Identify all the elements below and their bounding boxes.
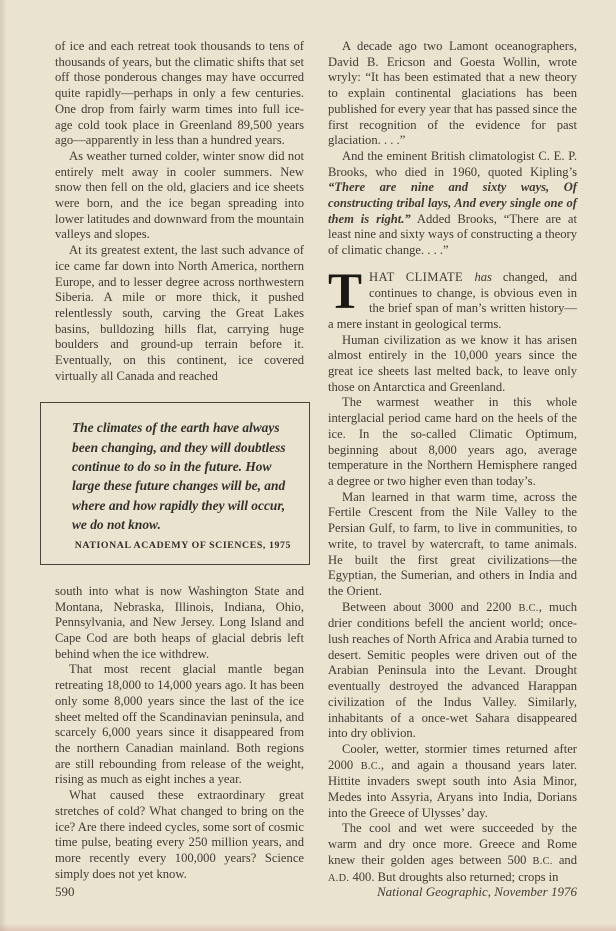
text-segment: has [474, 270, 492, 284]
text-segment: At its greatest extent, the last such ad… [55, 243, 304, 383]
text-segment: 400. But droughts also returned; crops i… [349, 870, 558, 884]
paragraph: Man learned in that warm time, across th… [328, 490, 577, 600]
text-segment: And the eminent British climatologist C.… [328, 149, 577, 179]
page-bottom-scan-edge [0, 924, 616, 931]
magazine-page: of ice and each retreat took thousands t… [0, 0, 616, 931]
paragraph: Cooler, wetter, stormier times returned … [328, 742, 577, 822]
pull-quote-attribution: NATIONAL ACADEMY OF SCIENCES, 1975 [72, 538, 291, 554]
paragraph: The warmest weather in this whole interg… [328, 395, 577, 489]
journal-title: National Geographic, November 1976 [377, 884, 577, 900]
text-segment: Human civilization as we know it has ari… [328, 333, 577, 394]
paragraph: Between about 3000 and 2200 B.C., much d… [328, 600, 577, 742]
pull-quote-box: The climates of the earth have always be… [40, 402, 310, 564]
paragraph: Human civilization as we know it has ari… [328, 333, 577, 396]
page-number: 590 [55, 884, 75, 900]
text-segment: What caused these extraordinary great st… [55, 788, 304, 881]
pull-quote-text: The climates of the earth have always be… [72, 418, 291, 534]
paragraph: The cool and wet were succeeded by the w… [328, 821, 577, 886]
paragraph: And the eminent British climatologist C.… [328, 149, 577, 259]
drop-cap: T [328, 271, 362, 316]
paragraph: of ice and each retreat took thousands t… [55, 39, 304, 149]
page-footer: 590 National Geographic, November 1976 [55, 884, 577, 900]
right-column-paragraphs: A decade ago two Lamont oceanographers, … [328, 39, 577, 886]
text-segment: Man learned in that warm time, across th… [328, 490, 577, 598]
text-segment: south into what is now Washington State … [55, 584, 304, 661]
text-segment: A decade ago two Lamont oceanographers, … [328, 39, 577, 147]
text-segment: The warmest weather in this whole interg… [328, 395, 577, 488]
text-segment: Between about 3000 and 2200 [342, 600, 519, 614]
text-segment: A.D. [328, 873, 349, 884]
paragraph: THAT CLIMATE has changed, and continues … [328, 270, 577, 333]
text-segment: B.C. [361, 761, 381, 772]
left-column-upper-paragraphs: of ice and each retreat took thousands t… [55, 39, 304, 384]
text-segment: and [553, 853, 577, 867]
right-column: A decade ago two Lamont oceanographers, … [328, 39, 577, 886]
text-segment: HAT CLIMATE [369, 270, 474, 284]
paragraph: south into what is now Washington State … [55, 584, 304, 663]
text-segment: B.C. [533, 856, 553, 867]
text-segment: of ice and each retreat took thousands t… [55, 39, 304, 147]
text-segment: As weather turned colder, winter snow di… [55, 149, 304, 242]
paragraph: As weather turned colder, winter snow di… [55, 149, 304, 243]
paragraph: What caused these extraordinary great st… [55, 788, 304, 882]
paragraph: A decade ago two Lamont oceanographers, … [328, 39, 577, 149]
text-segment: B.C. [519, 603, 539, 614]
page-left-scan-edge [0, 0, 7, 931]
paragraph: That most recent glacial mantle began re… [55, 662, 304, 788]
paragraph: At its greatest extent, the last such ad… [55, 243, 304, 384]
text-segment: That most recent glacial mantle began re… [55, 662, 304, 786]
left-column: of ice and each retreat took thousands t… [55, 39, 304, 882]
left-column-lower-paragraphs: south into what is now Washington State … [55, 584, 304, 882]
text-segment: , much drier conditions befell the ancie… [328, 600, 577, 741]
